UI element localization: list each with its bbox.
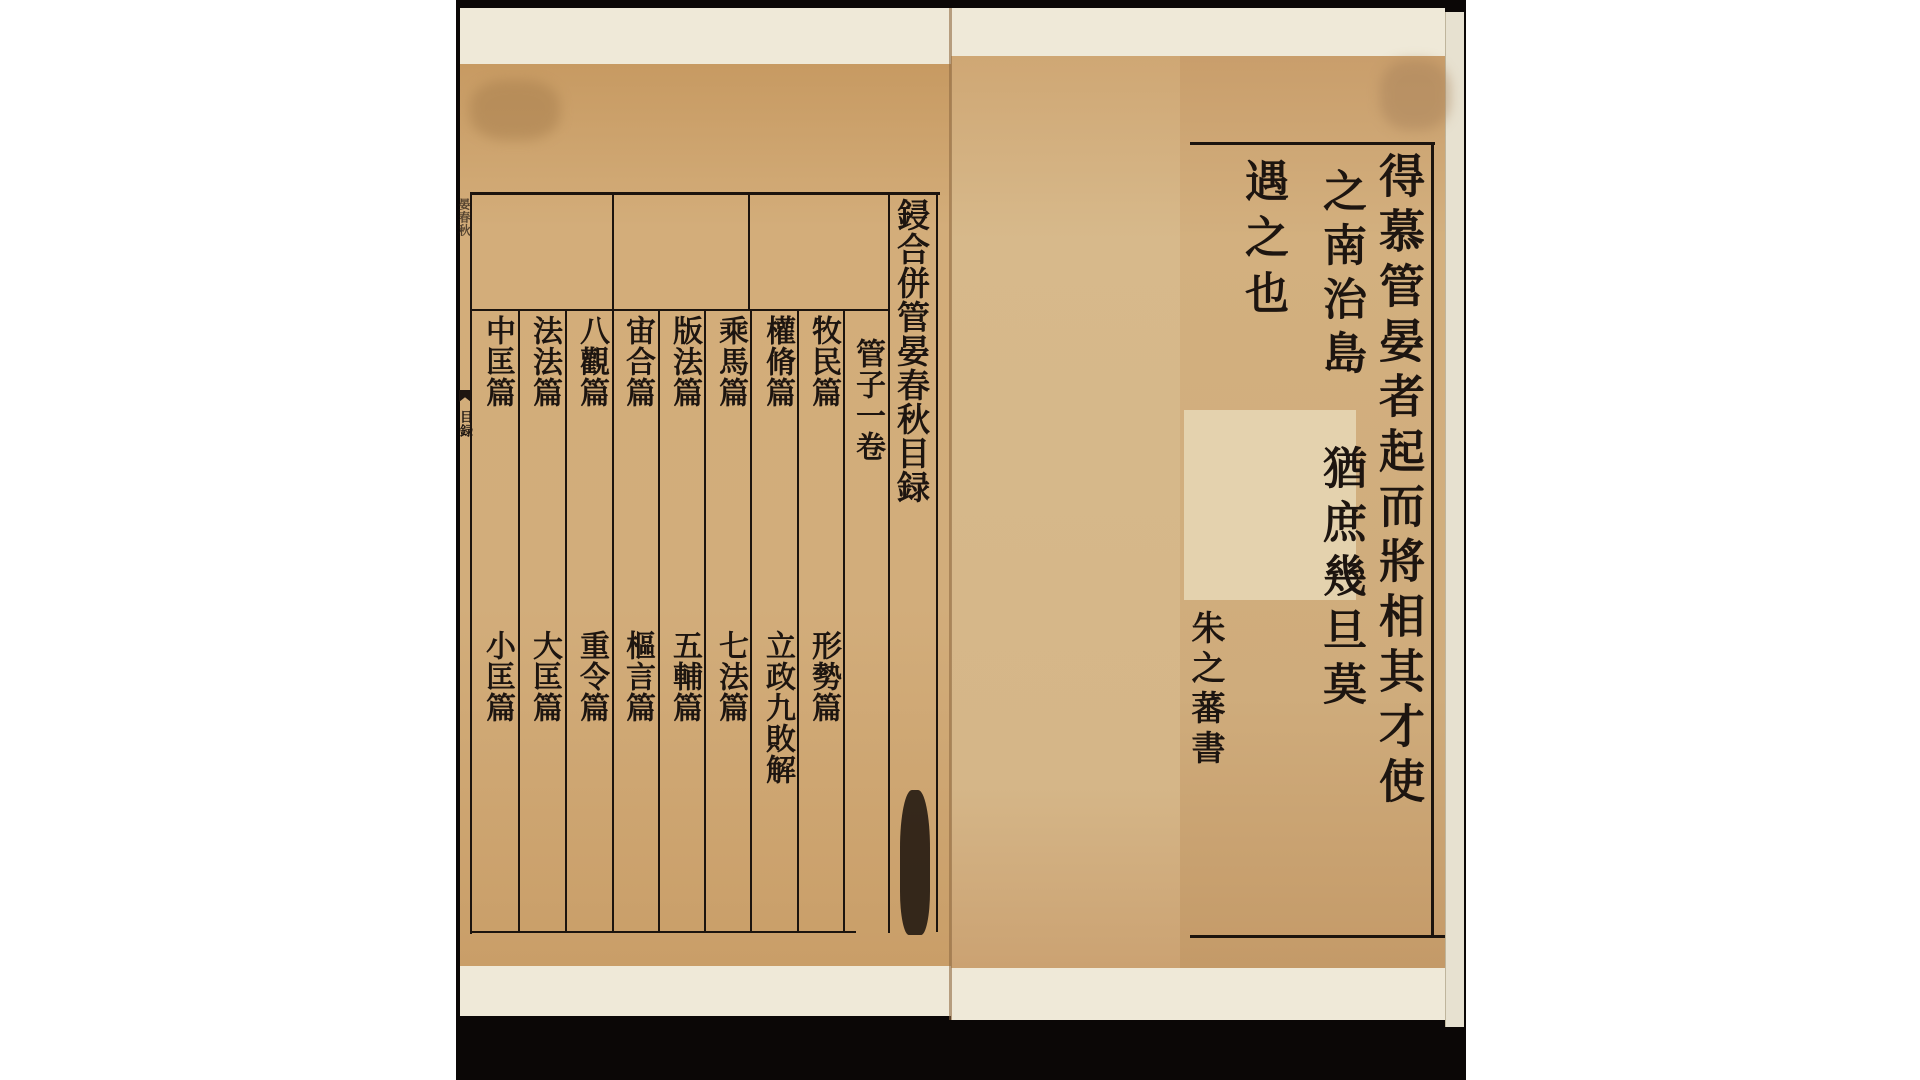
chapter-item: 法法篇 [529,315,559,408]
preface-column: 之南治島 猶庶幾旦莫 [1318,168,1362,715]
chapter-item: 八觀篇 [576,315,606,408]
column-line [565,310,567,933]
frame-left-line [470,192,472,934]
column-line [612,310,614,933]
gutter-fold [949,8,952,1020]
preface-column: 得慕管晏者起而將相其才使 [1376,152,1422,812]
spine-upper-text: 晏春秋 [458,198,470,237]
preface-frame-bottom [1190,935,1445,938]
column-line [750,310,752,933]
title-column-line [888,195,890,933]
chapter-item: 立政九敗解 [762,630,792,785]
ink-blot [900,790,930,935]
chapter-item: 牧民篇 [808,315,838,408]
chapter-item: 大匡篇 [529,630,559,723]
chapter-item: 版法篇 [669,315,699,408]
top-margin-right [951,8,1445,58]
chapter-item: 中匡篇 [482,315,512,408]
chapter-item: 重令篇 [576,630,606,723]
water-stain [1380,60,1450,130]
water-stain [470,80,560,140]
spine-lower-text: 目録 [458,410,471,438]
bottom-margin-left [460,966,951,1016]
signature-column: 朱之蕃書 [1188,610,1222,770]
header-divider [748,195,750,311]
frame-right-line [936,192,938,932]
chapter-item: 七法篇 [715,630,745,723]
outer-leaves [1445,12,1464,1027]
page-title: 鋟合併管晏春秋目録 [895,198,928,504]
column-line [518,310,520,933]
chapter-item: 樞言篇 [622,630,652,723]
header-divider [612,195,614,311]
preface-frame-right [1431,142,1434,938]
chapter-item: 乘馬篇 [715,315,745,408]
chapter-item: 宙合篇 [622,315,652,408]
chapter-item: 小匡篇 [482,630,512,723]
column-line [843,310,845,933]
volume-heading: 管子一卷 [852,338,882,462]
chapter-item: 五輔篇 [669,630,699,723]
chapter-item: 形勢篇 [808,630,838,723]
top-margin-left [460,8,951,66]
preface-frame-top [1190,142,1435,145]
column-line [658,310,660,933]
chapter-item: 權脩篇 [762,315,792,408]
header-bottom-line [472,309,888,311]
frame-top-line [470,192,940,195]
preface-column: 遇之也 [1240,158,1284,326]
bottom-margin-right [951,968,1445,1020]
column-line [704,310,706,933]
column-line [797,310,799,933]
